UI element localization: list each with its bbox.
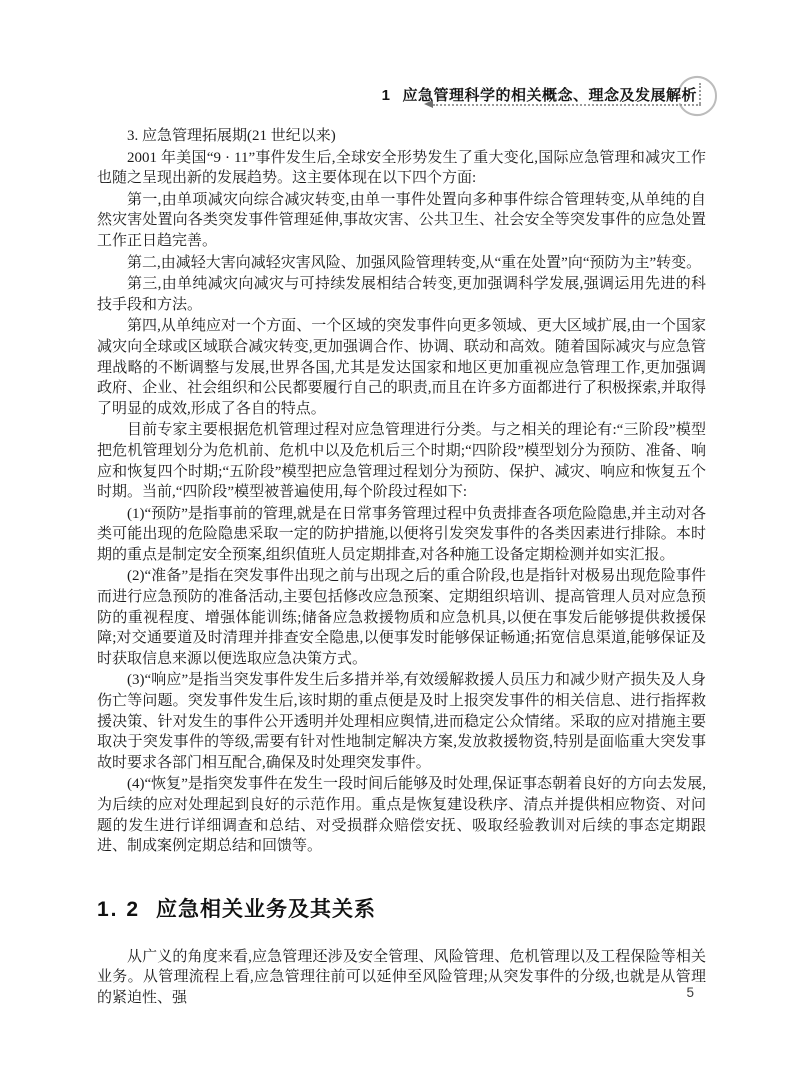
body-text: 3. 应急管理拓展期(21 世纪以来) 2001 年美国“9 · 11”事件发生… [97, 126, 706, 1010]
body-paragraph: 第三,由单纯减灾向减灾与可持续发展相结合转变,更加强调科学发展,强调运用先进的科… [97, 274, 706, 315]
book-page: 1应急管理科学的相关概念、理念及发展解析 3. 应急管理拓展期(21 世纪以来)… [0, 0, 800, 1077]
body-paragraph: 第一,由单项减灾向综合减灾转变,由单一事件处置向多种事件综合管理转变,从单纯的自… [97, 190, 706, 252]
page-number: 5 [686, 985, 694, 1000]
running-header-chapter-number: 1 [382, 87, 391, 104]
body-paragraph: 3. 应急管理拓展期(21 世纪以来) [97, 126, 706, 147]
body-paragraph: (1)“预防”是指事前的管理,就是在日常事务管理过程中负责排查各项危险隐患,并主… [97, 504, 706, 566]
body-paragraph: (2)“准备”是指在突发事件出现之前与出现之后的重合阶段,也是指针对极易出现危险… [97, 566, 706, 669]
header-dotted-rule-end [699, 83, 701, 104]
running-header-title: 应急管理科学的相关概念、理念及发展解析 [402, 87, 697, 104]
section-heading-title: 应急相关业务及其关系 [156, 898, 376, 921]
body-paragraph: 2001 年美国“9 · 11”事件发生后,全球安全形势发生了重大变化,国际应急… [97, 148, 706, 189]
body-paragraph: 从广义的角度来看,应急管理还涉及安全管理、风险管理、危机管理以及工程保险等相关业… [97, 947, 706, 1009]
body-paragraph: (4)“恢复”是指突发事件在发生一段时间后能够及时处理,保证事态朝着良好的方向去… [97, 774, 706, 856]
body-paragraph: 第四,从单纯应对一个方面、一个区域的突发事件向更多领域、更大区域扩展,由一个国家… [97, 316, 706, 419]
body-paragraph: 目前专家主要根据危机管理过程对应急管理进行分类。与之相关的理论有:“三阶段”模型… [97, 420, 706, 502]
running-header: 1应急管理科学的相关概念、理念及发展解析 [382, 84, 697, 105]
body-paragraph: 第二,由减轻大害向减轻灾害风险、加强风险管理转变,从“重在处置”向“预防为主”转… [97, 253, 706, 274]
section-heading-number: 1. 2 [97, 898, 140, 921]
body-paragraph: (3)“响应”是指当突发事件发生后多措并举,有效缓解救援人员压力和减少财产损失及… [97, 670, 706, 773]
section-heading: 1. 2应急相关业务及其关系 [97, 897, 706, 923]
